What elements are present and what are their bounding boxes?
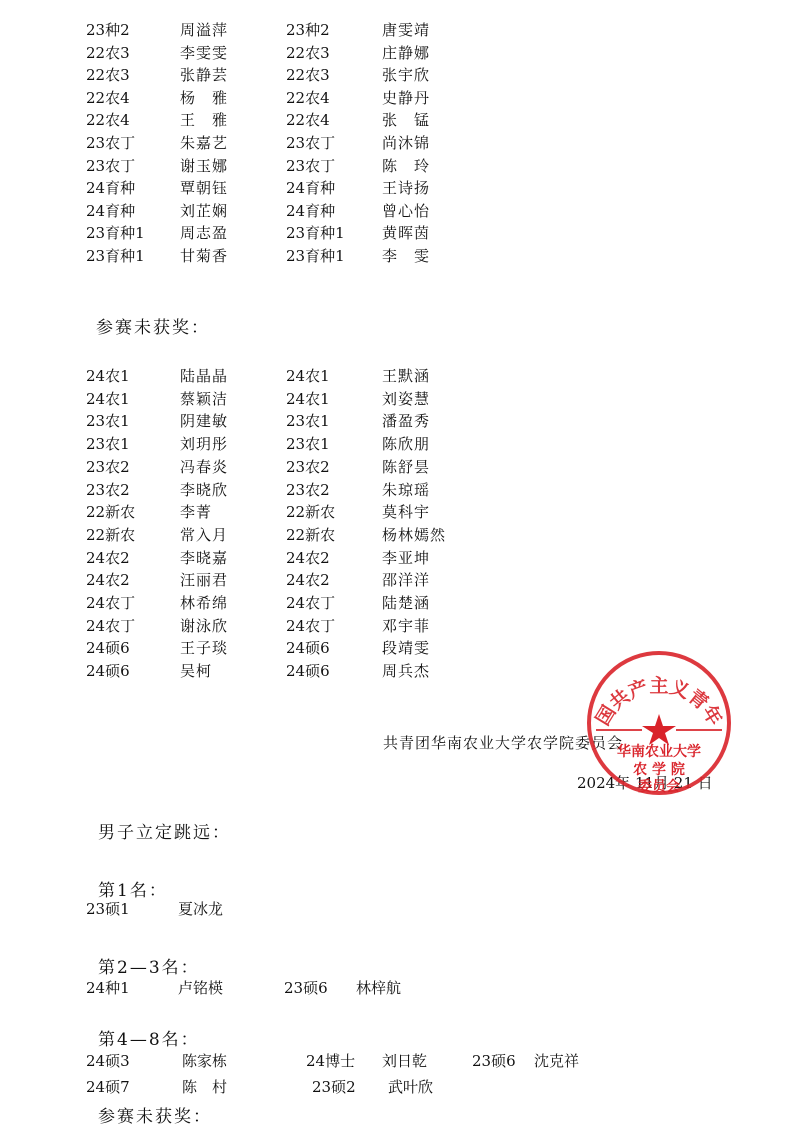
name-cell: 史静丹 xyxy=(382,87,430,109)
class-cell: 23硕6 xyxy=(284,977,328,999)
name-cell: 王默涵 xyxy=(382,365,430,387)
svg-text:中国共产主义青年团: 中国共产主义青年团 xyxy=(584,648,727,730)
class-cell: 23农丁 xyxy=(286,155,335,177)
class-cell: 24硕7 xyxy=(86,1076,130,1098)
name-cell: 李亚坤 xyxy=(382,547,430,569)
name-cell: 陈舒昙 xyxy=(382,456,430,478)
class-cell: 22新农 xyxy=(286,524,335,546)
name-cell: 武叶欣 xyxy=(388,1076,433,1098)
name-cell: 李菁 xyxy=(180,501,212,523)
name-cell: 朱琼瑶 xyxy=(382,479,430,501)
class-cell: 22农4 xyxy=(286,109,330,131)
class-cell: 24育种 xyxy=(86,200,135,222)
official-stamp-icon: 中国共产主义青年团 华南农业大学 农 学 院 委员会 xyxy=(584,648,734,798)
name-cell: 邵洋洋 xyxy=(382,569,430,591)
name-cell: 陈 玲 xyxy=(382,155,430,177)
name-cell: 周溢萍 xyxy=(180,19,228,41)
class-cell: 22农3 xyxy=(86,64,130,86)
name-cell: 潘盈秀 xyxy=(382,410,430,432)
class-cell: 24农丁 xyxy=(86,592,135,614)
fourth-place-heading: 第4—8名： xyxy=(98,1025,200,1050)
class-cell: 24育种 xyxy=(86,177,135,199)
class-cell: 24农丁 xyxy=(86,615,135,637)
name-cell: 杨 雅 xyxy=(180,87,228,109)
name-cell: 张静芸 xyxy=(180,64,228,86)
name-cell: 李 雯 xyxy=(382,245,430,267)
name-cell: 黄晖茵 xyxy=(382,222,430,244)
name-cell: 李晓嘉 xyxy=(180,547,228,569)
name-cell: 刘芷娴 xyxy=(180,200,228,222)
class-cell: 23育种1 xyxy=(286,222,345,244)
name-cell: 段靖雯 xyxy=(382,637,430,659)
class-cell: 24农2 xyxy=(86,547,130,569)
class-cell: 24硕6 xyxy=(86,660,130,682)
name-cell: 庄静娜 xyxy=(382,42,430,64)
class-cell: 22农4 xyxy=(286,87,330,109)
class-cell: 22农3 xyxy=(286,64,330,86)
svg-text:农 学 院: 农 学 院 xyxy=(633,761,685,778)
class-cell: 23育种1 xyxy=(86,222,145,244)
name-cell: 冯春炎 xyxy=(180,456,228,478)
class-cell: 23农2 xyxy=(286,456,330,478)
name-cell: 朱嘉艺 xyxy=(180,132,228,154)
name-cell: 吴柯 xyxy=(180,660,212,682)
name-cell: 刘日乾 xyxy=(382,1050,427,1072)
svg-text:华南农业大学: 华南农业大学 xyxy=(617,743,701,760)
name-cell: 林希绵 xyxy=(180,592,228,614)
name-cell: 王 雅 xyxy=(180,109,228,131)
class-cell: 23农2 xyxy=(286,479,330,501)
name-cell: 尚沐锦 xyxy=(382,132,430,154)
name-cell: 唐雯靖 xyxy=(382,19,430,41)
class-cell: 24农2 xyxy=(286,569,330,591)
class-cell: 23农1 xyxy=(286,410,330,432)
class-cell: 24种1 xyxy=(86,977,130,999)
name-cell: 沈克祥 xyxy=(534,1050,579,1072)
name-cell: 谢泳欣 xyxy=(180,615,228,637)
class-cell: 24硕6 xyxy=(286,660,330,682)
class-cell: 24农2 xyxy=(86,569,130,591)
name-cell: 王子琰 xyxy=(180,637,228,659)
name-cell: 莫科宇 xyxy=(382,501,430,523)
name-cell: 刘姿慧 xyxy=(382,388,430,410)
name-cell: 甘菊香 xyxy=(180,245,228,267)
class-cell: 22农3 xyxy=(286,42,330,64)
name-cell: 刘玥彤 xyxy=(180,433,228,455)
class-cell: 24农1 xyxy=(86,365,130,387)
class-cell: 23农1 xyxy=(86,410,130,432)
name-cell: 常入月 xyxy=(180,524,228,546)
non-winners-heading: 参赛未获奖： xyxy=(96,313,210,338)
class-cell: 24育种 xyxy=(286,177,335,199)
name-cell: 汪丽君 xyxy=(180,569,228,591)
class-cell: 22新农 xyxy=(86,501,135,523)
class-cell: 24硕6 xyxy=(286,637,330,659)
name-cell: 李晓欣 xyxy=(180,479,228,501)
class-cell: 24农丁 xyxy=(286,615,335,637)
name-cell: 覃朝钰 xyxy=(180,177,228,199)
class-cell: 23农1 xyxy=(286,433,330,455)
class-cell: 23育种1 xyxy=(86,245,145,267)
class-cell: 23农丁 xyxy=(286,132,335,154)
name-cell: 张 锰 xyxy=(382,109,430,131)
class-cell: 23育种1 xyxy=(286,245,345,267)
name-cell: 陈家栋 xyxy=(182,1050,227,1072)
event2-non-winners-heading: 参赛未获奖： xyxy=(98,1102,212,1127)
class-cell: 23硕2 xyxy=(312,1076,356,1098)
name-cell: 李雯雯 xyxy=(180,42,228,64)
name-cell: 蔡颖洁 xyxy=(180,388,228,410)
name-cell: 林梓航 xyxy=(356,977,401,999)
name-cell: 陆楚涵 xyxy=(382,592,430,614)
class-cell: 23种2 xyxy=(286,19,330,41)
name-cell: 阴建敏 xyxy=(180,410,228,432)
class-cell: 23硕1 xyxy=(86,898,130,920)
class-cell: 24农1 xyxy=(286,388,330,410)
class-cell: 23硕6 xyxy=(472,1050,516,1072)
name-cell: 王诗扬 xyxy=(382,177,430,199)
second-place-heading: 第2—3名： xyxy=(98,953,200,978)
class-cell: 23农1 xyxy=(86,433,130,455)
name-cell: 曾心怡 xyxy=(382,200,430,222)
class-cell: 22新农 xyxy=(86,524,135,546)
class-cell: 23农2 xyxy=(86,456,130,478)
name-cell: 周志盈 xyxy=(180,222,228,244)
name-cell: 谢玉娜 xyxy=(180,155,228,177)
name-cell: 陈欣朋 xyxy=(382,433,430,455)
name-cell: 夏冰龙 xyxy=(178,898,223,920)
class-cell: 22农3 xyxy=(86,42,130,64)
event-title: 男子立定跳远： xyxy=(98,818,231,843)
class-cell: 24育种 xyxy=(286,200,335,222)
class-cell: 22农4 xyxy=(86,87,130,109)
class-cell: 24农2 xyxy=(286,547,330,569)
svg-text:委员会: 委员会 xyxy=(638,778,680,795)
class-cell: 24博士 xyxy=(306,1050,355,1072)
class-cell: 24硕6 xyxy=(86,637,130,659)
class-cell: 23种2 xyxy=(86,19,130,41)
name-cell: 陆晶晶 xyxy=(180,365,228,387)
class-cell: 24硕3 xyxy=(86,1050,130,1072)
name-cell: 陈 村 xyxy=(182,1076,227,1098)
name-cell: 张宇欣 xyxy=(382,64,430,86)
class-cell: 23农丁 xyxy=(86,155,135,177)
name-cell: 杨林嫣然 xyxy=(382,524,446,546)
class-cell: 22农4 xyxy=(86,109,130,131)
class-cell: 24农1 xyxy=(86,388,130,410)
class-cell: 24农丁 xyxy=(286,592,335,614)
name-cell: 邓宇菲 xyxy=(382,615,430,637)
name-cell: 卢铭楧 xyxy=(178,977,223,999)
class-cell: 23农2 xyxy=(86,479,130,501)
class-cell: 24农1 xyxy=(286,365,330,387)
class-cell: 22新农 xyxy=(286,501,335,523)
name-cell: 周兵杰 xyxy=(382,660,430,682)
class-cell: 23农丁 xyxy=(86,132,135,154)
